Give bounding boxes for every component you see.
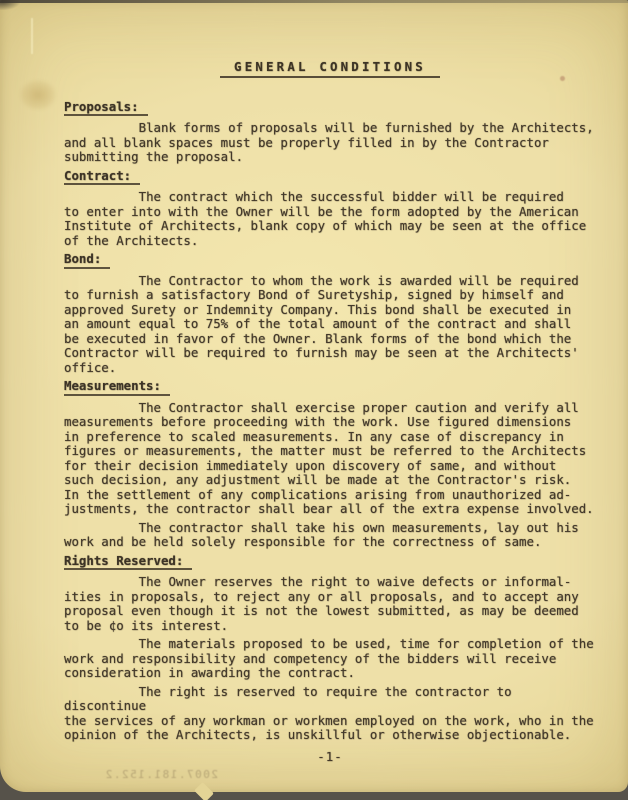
section-paragraphs: The Owner reserves the right to waive de… [64, 575, 596, 743]
paper-stain [20, 80, 56, 110]
section-paragraphs: The Contractor shall exercise proper cau… [64, 401, 596, 550]
page-title: GENERAL CONDITIONS [220, 60, 440, 78]
document-section: Bond: The Contractor to whom the work is… [64, 252, 596, 375]
ghost-stamp: 2007.181.152.2 [68, 768, 218, 781]
paragraph: Blank forms of proposals will be furnish… [64, 121, 596, 165]
paper-scratch [31, 18, 33, 54]
document-section: Measurements: The Contractor shall exerc… [64, 379, 596, 550]
section-heading: Proposals: [64, 100, 148, 117]
paragraph: The materials proposed to be used, time … [64, 637, 596, 681]
document-section: Contract: The contract which the success… [64, 169, 596, 249]
paragraph: The Owner reserves the right to waive de… [64, 575, 596, 633]
section-heading: Measurements: [64, 379, 170, 396]
section-heading-row: Measurements: [64, 379, 596, 396]
section-heading-row: Bond: [64, 252, 596, 269]
sections-container: Proposals: Blank forms of proposals will… [64, 100, 596, 743]
section-heading-row: Contract: [64, 169, 596, 186]
document-section: Proposals: Blank forms of proposals will… [64, 100, 596, 165]
document-content: GENERAL CONDITIONS Proposals: Blank form… [64, 60, 596, 764]
title-row: GENERAL CONDITIONS [64, 60, 596, 78]
section-heading: Contract: [64, 169, 140, 186]
section-paragraphs: The contract which the successful bidder… [64, 190, 596, 248]
scan-top-edge [0, 0, 628, 3]
section-paragraphs: Blank forms of proposals will be furnish… [64, 121, 596, 165]
paragraph: The Contractor to whom the work is award… [64, 274, 596, 376]
section-heading-row: Rights Reserved: [64, 554, 596, 571]
page-number: -1- [64, 750, 596, 765]
paper-sheet: 2007.181.152.2 GENERAL CONDITIONS Propos… [0, 0, 628, 792]
scanned-document: 2007.181.152.2 GENERAL CONDITIONS Propos… [0, 0, 628, 800]
paragraph: The Contractor shall exercise proper cau… [64, 401, 596, 517]
section-heading: Bond: [64, 252, 110, 269]
section-heading-row: Proposals: [64, 100, 596, 117]
paragraph: The contractor shall take his own measur… [64, 521, 596, 550]
scan-corner-shadow [0, 0, 20, 10]
paragraph: The contract which the successful bidder… [64, 190, 596, 248]
section-heading: Rights Reserved: [64, 554, 192, 571]
document-section: Rights Reserved: The Owner reserves the … [64, 554, 596, 743]
paragraph: The right is reserved to require the con… [64, 685, 596, 743]
section-paragraphs: The Contractor to whom the work is award… [64, 274, 596, 376]
